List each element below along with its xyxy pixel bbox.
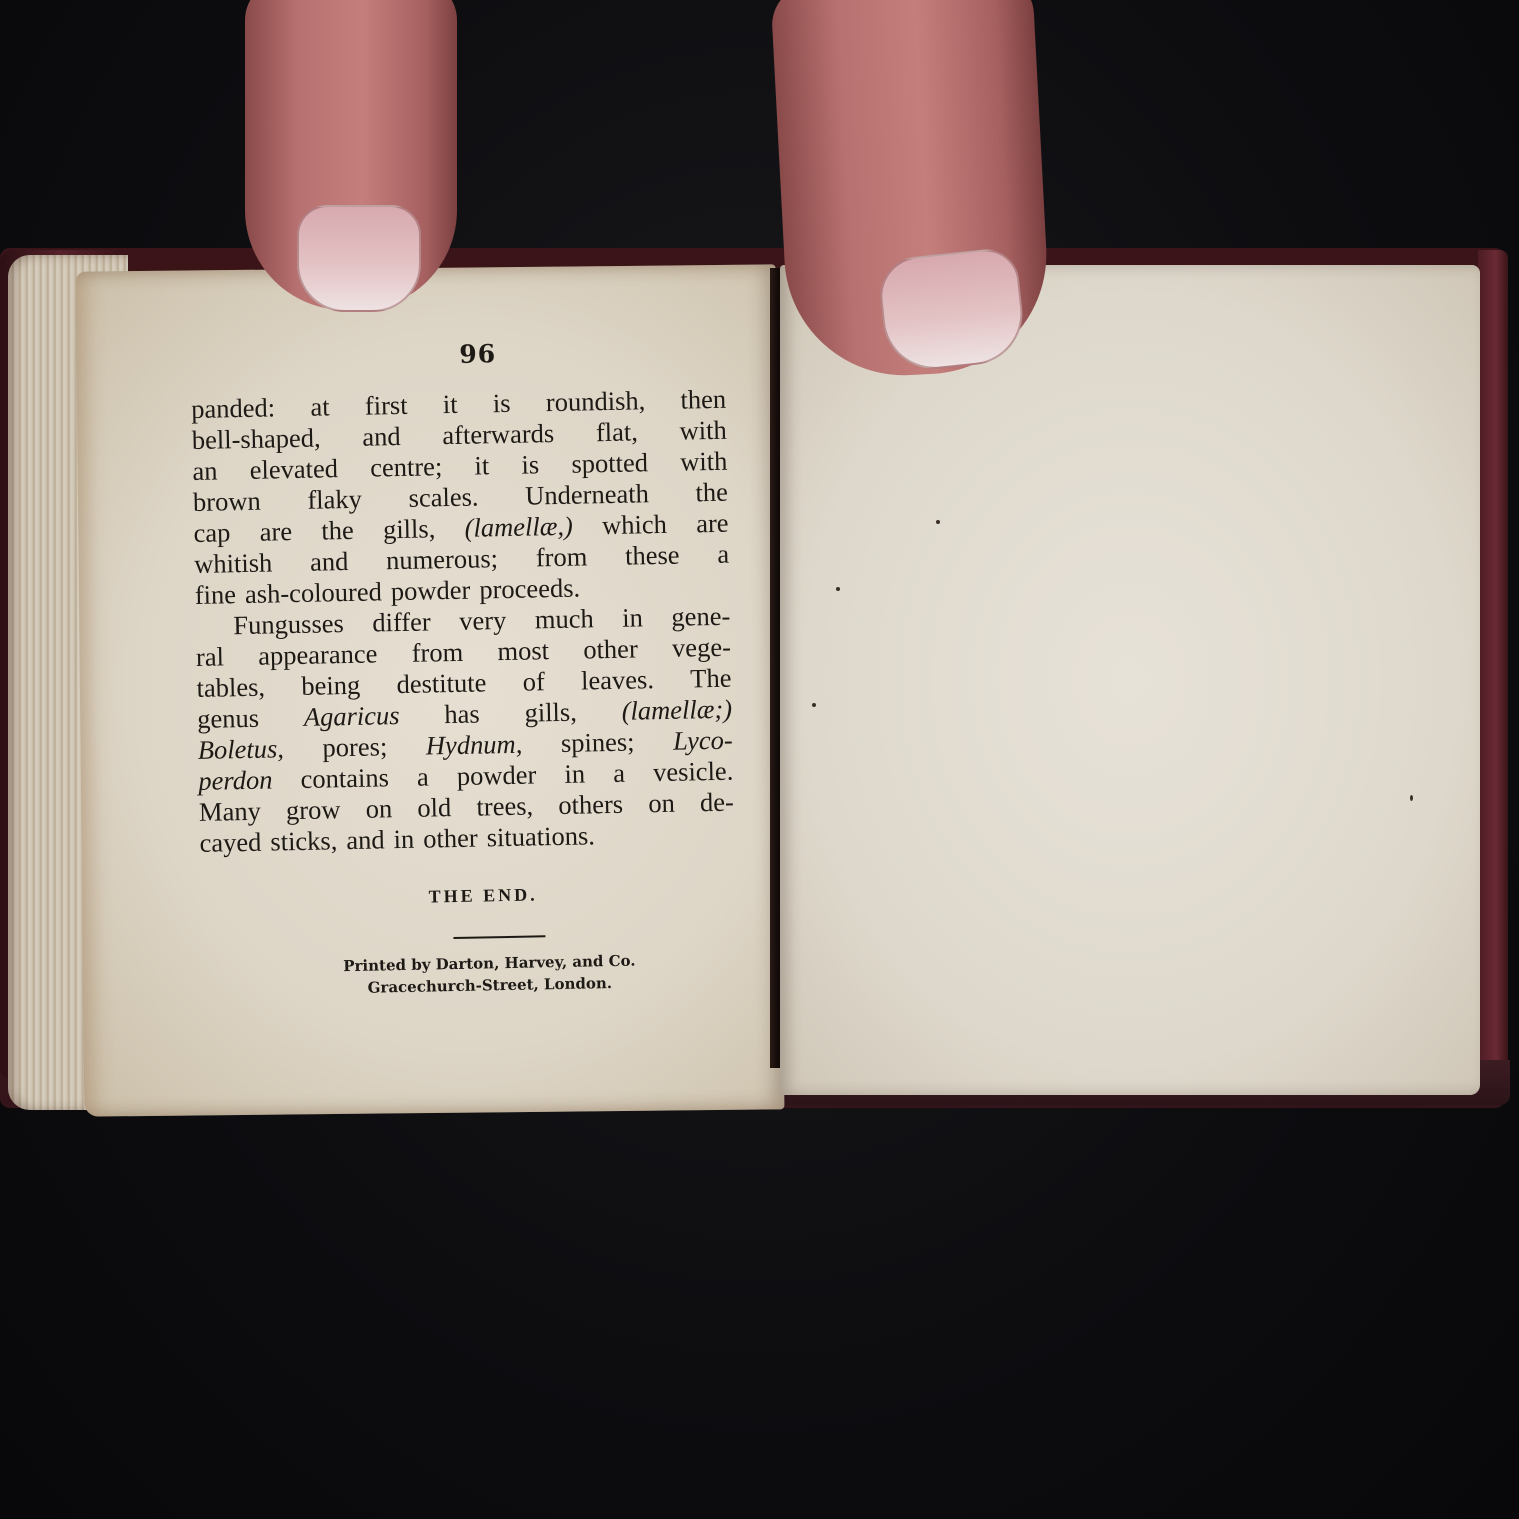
word: scales. <box>408 481 478 513</box>
word: elevated <box>249 453 338 486</box>
word: proceeds. <box>479 573 580 606</box>
word: other <box>423 823 478 855</box>
word: is <box>521 449 539 480</box>
word: a <box>417 761 429 792</box>
word: from <box>535 541 587 573</box>
word: leaves. <box>581 664 654 696</box>
word: and <box>362 421 401 453</box>
word: an <box>192 455 218 486</box>
word: fine <box>195 579 237 611</box>
word: Hydnum, <box>426 729 523 762</box>
word: are <box>259 516 292 548</box>
paper-speck <box>836 587 840 591</box>
word: vesicle. <box>653 756 734 789</box>
word: and <box>346 824 385 856</box>
word: very <box>459 605 507 637</box>
word: a <box>613 758 625 789</box>
word: contains <box>300 762 389 795</box>
paper-speck <box>1410 795 1413 801</box>
word: grow <box>286 794 341 826</box>
word: the <box>321 515 354 547</box>
paper-speck <box>812 703 816 707</box>
word: whitish <box>194 547 273 579</box>
word: situations. <box>486 820 595 853</box>
paragraph-1: panded:atfirstitisroundish,thenbell-shap… <box>191 384 730 611</box>
word: Lyco- <box>673 725 733 757</box>
word: spotted <box>571 447 648 479</box>
word: Many <box>199 796 261 828</box>
word: and <box>310 546 349 578</box>
word: in <box>622 602 643 633</box>
word: the <box>695 477 728 509</box>
word: ral <box>196 641 225 673</box>
word: it <box>474 450 489 481</box>
book-cover-right-edge <box>1478 250 1508 1090</box>
right-page-blank <box>780 265 1480 1095</box>
word: ash-coloured <box>245 576 382 610</box>
word: most <box>497 635 549 667</box>
word: differ <box>372 606 431 638</box>
word: much <box>535 603 594 635</box>
word: pores; <box>322 731 387 763</box>
word: destitute <box>396 667 486 700</box>
photo-scene: 96 panded:atfirstitisroundish,thenbell-s… <box>0 0 1519 1519</box>
word: panded: <box>191 392 275 425</box>
word: is <box>493 388 511 419</box>
word: appearance <box>258 638 378 671</box>
paper-speck <box>936 520 940 524</box>
paragraph-2: Fungussesdifferverymuchingene-ralappeara… <box>195 601 735 859</box>
word: Underneath <box>525 478 649 511</box>
word: trees, <box>476 791 533 823</box>
left-page-text: 96 panded:atfirstitisroundish,thenbell-s… <box>190 335 738 1002</box>
word: from <box>411 637 463 669</box>
word: powder <box>457 759 537 792</box>
word: (lamellæ;) <box>621 694 732 727</box>
word: old <box>417 792 451 824</box>
word: in <box>564 758 585 789</box>
word: tables, <box>196 672 265 704</box>
word: others <box>558 789 623 821</box>
word: at <box>310 391 330 422</box>
word: a <box>717 539 729 570</box>
word: sticks, <box>270 825 338 857</box>
word: de- <box>700 787 734 819</box>
word: on <box>365 793 392 825</box>
word: afterwards <box>442 418 554 451</box>
word: powder <box>391 575 471 608</box>
word: genus <box>197 703 259 735</box>
word: in <box>393 824 414 855</box>
word: spines; <box>561 727 635 759</box>
word: flaky <box>307 484 362 516</box>
word: of <box>522 666 545 697</box>
word: other <box>583 633 638 665</box>
word: has <box>444 699 480 731</box>
divider-rule <box>453 935 545 939</box>
word: Fungusses <box>233 608 344 641</box>
word: Agaricus <box>304 700 400 733</box>
word: first <box>365 390 408 422</box>
word: numerous; <box>386 543 498 576</box>
word: being <box>301 670 360 702</box>
word: cayed <box>199 827 261 859</box>
word: The <box>690 663 732 695</box>
word: roundish, <box>546 385 646 418</box>
word: Boletus, <box>197 733 284 766</box>
word: on <box>648 788 675 820</box>
word: cap <box>193 517 230 549</box>
word: flat, <box>596 416 639 448</box>
word: these <box>625 540 680 572</box>
the-end-heading: THE END. <box>230 881 735 912</box>
word: then <box>680 384 726 416</box>
word: with <box>679 415 727 447</box>
word: (lamellæ,) <box>464 511 573 544</box>
word: are <box>696 508 729 540</box>
word: which <box>602 509 667 541</box>
word: centre; <box>370 451 443 483</box>
word: bell-shaped, <box>192 423 321 456</box>
word: it <box>443 389 458 420</box>
word: gene- <box>671 601 730 633</box>
left-fingernail <box>297 205 421 312</box>
word: vege- <box>672 632 731 664</box>
word: gills, <box>524 697 577 729</box>
word: perdon <box>198 765 273 797</box>
word: brown <box>193 486 261 518</box>
word: gills, <box>383 513 436 545</box>
word: with <box>680 446 728 478</box>
